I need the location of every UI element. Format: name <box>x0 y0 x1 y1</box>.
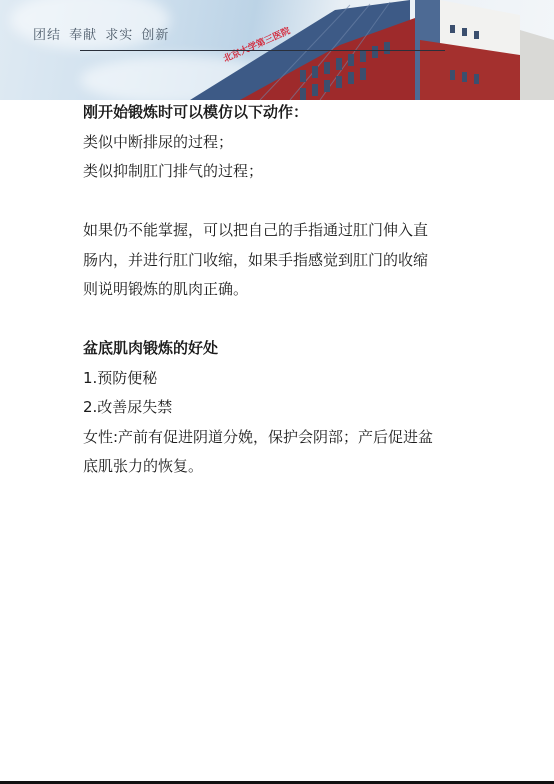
list-item: 1.预防便秘 <box>83 364 483 394</box>
slogan: 团结 奉献 求实 创新 <box>33 24 169 43</box>
text-line: 类似抑制肛门排气的过程； <box>83 157 483 187</box>
text-line: 底肌张力的恢复。 <box>83 452 483 482</box>
list-item: 2.改善尿失禁 <box>83 393 483 423</box>
text-line: 则说明锻炼的肌肉正确。 <box>83 275 483 305</box>
text-line: 肠内，并进行肛门收缩，如果手指感觉到肛门的收缩 <box>83 246 483 276</box>
text-line: 类似中断排尿的过程； <box>83 128 483 158</box>
section-heading: 盆底肌肉锻炼的好处 <box>83 334 483 364</box>
text-line: 如果仍不能掌握，可以把自己的手指通过肛门伸入直 <box>83 216 483 246</box>
document-body: 刚开始锻炼时可以模仿以下动作： 类似中断排尿的过程； 类似抑制肛门排气的过程； … <box>83 98 483 482</box>
section-heading: 刚开始锻炼时可以模仿以下动作： <box>83 98 483 128</box>
header-divider <box>80 50 445 51</box>
header-banner: 北京大学第三医院 团结 奉献 求实 创新 <box>0 0 554 100</box>
text-line: 女性:产前有促进阴道分娩，保护会阴部；产后促进盆 <box>83 423 483 453</box>
